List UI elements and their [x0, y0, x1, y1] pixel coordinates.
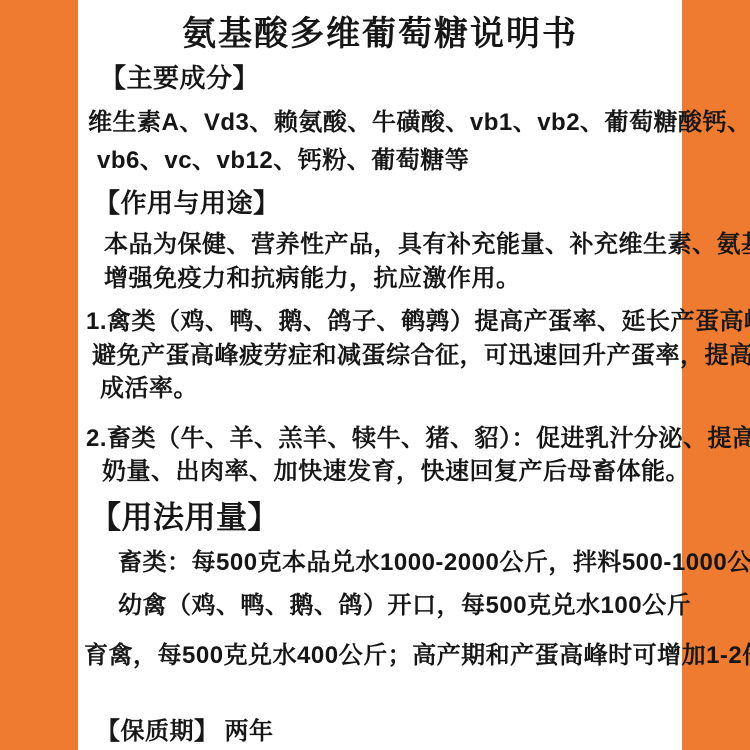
- paper-background: 氨基酸多维葡萄糖说明书 【主要成分】 维生素A、Vd3、赖氨酸、牛磺酸、vb1、…: [78, 0, 682, 750]
- usage-livestock-line-2: 奶量、出肉率、加快速发育，快速回复产后母畜体能。: [102, 458, 690, 487]
- section-heading-main-ingredients: 【主要成分】: [100, 63, 259, 94]
- instruction-sheet: 氨基酸多维葡萄糖说明书 【主要成分】 维生素A、Vd3、赖氨酸、牛磺酸、vb1、…: [0, 0, 750, 750]
- shelf-life-label: 【保质期】: [96, 718, 219, 745]
- ingredients-line-1: 维生素A、Vd3、赖氨酸、牛磺酸、vb1、vb2、葡萄糖酸钙、: [88, 109, 750, 138]
- usage-poultry-line-2: 避免产蛋高峰疲劳症和减蛋综合征，可迅速回升产蛋率，提高幼禽: [92, 342, 750, 371]
- dosage-line-2: 幼禽（鸡、鸭、鹅、鸽）开口，每500克兑水100公斤: [118, 592, 691, 621]
- usage-intro-line-2: 增强免疫力和抗病能力，抗应激作用。: [104, 265, 521, 294]
- usage-poultry-line-1: 1.禽类（鸡、鸭、鹅、鸽子、鹌鹑）提高产蛋率、延长产蛋高峰期，: [86, 308, 750, 337]
- usage-livestock-line-1: 2.畜类（牛、羊、羔羊、犊牛、猪、貂）：促进乳汁分泌、提高产: [86, 425, 750, 454]
- ingredients-line-2: vb6、vc、vb12、钙粉、葡萄糖等: [97, 147, 469, 176]
- dosage-line-3: 育禽，每500克兑水400公斤；高产期和产蛋高峰时可增加1-2倍用量: [84, 642, 750, 671]
- shelf-life-value: 两年: [225, 718, 274, 745]
- section-heading-dosage: 【用法用量】: [90, 499, 279, 536]
- usage-intro-line-1: 本品为保健、营养性产品，具有补充能量、补充维生素、氨基酸、: [104, 231, 750, 260]
- section-heading-usage: 【作用与用途】: [94, 188, 280, 219]
- page-title: 氨基酸多维葡萄糖说明书: [78, 14, 682, 55]
- dosage-line-1: 畜类：每500克本品兑水1000-2000公斤，拌料500-1000公斤；: [118, 549, 750, 578]
- usage-poultry-line-3: 成活率。: [100, 375, 198, 404]
- shelf-life-line: 【保质期】两年: [96, 718, 274, 747]
